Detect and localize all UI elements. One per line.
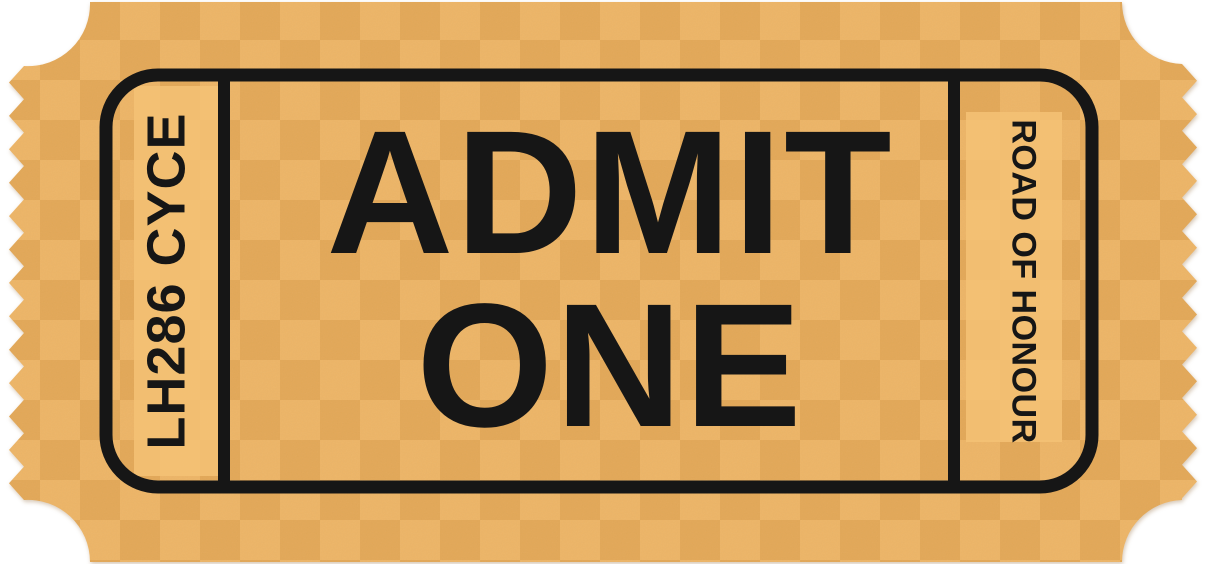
stub-left-band: [134, 86, 218, 476]
ticket-image: LH286 CYCE ADMIT ONE ROAD OF HONOUR: [0, 0, 1213, 564]
ticket-graphic: [0, 0, 1213, 564]
stub-right-band: [966, 112, 1062, 442]
